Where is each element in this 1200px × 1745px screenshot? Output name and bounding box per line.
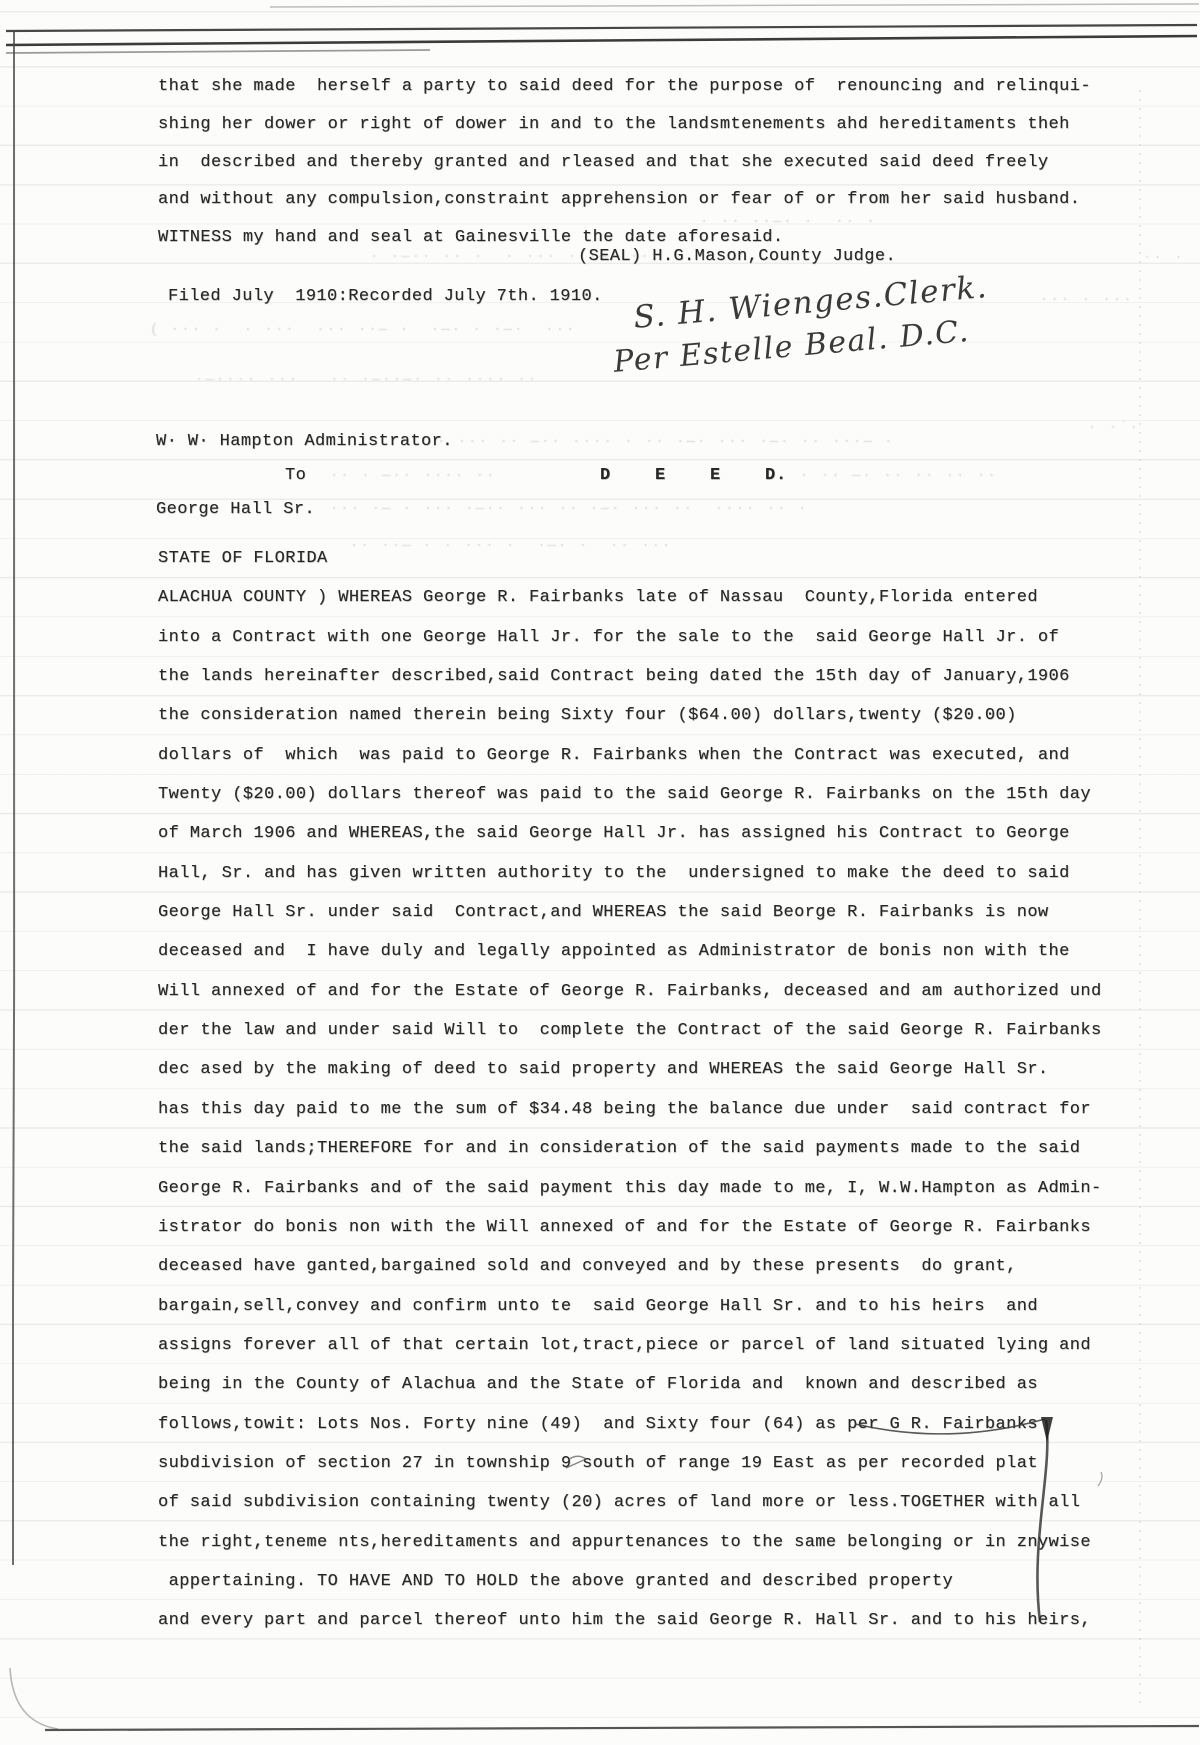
text-line: into a Contract with one George Hall Jr.… [158, 618, 1102, 657]
text-line: the said lands;THEREFORE for and in cons… [158, 1129, 1102, 1168]
text-line: and every part and parcel thereof unto h… [158, 1601, 1102, 1640]
text-line: George Hall Sr. under said Contract,and … [158, 893, 1102, 932]
bleedthrough-fragment: · ··· ·· —·· ···· · ·· ·—· ··· ·—· ·· ··… [437, 434, 895, 450]
bleedthrough-fragment: ·· · [1143, 250, 1185, 266]
bleedthrough-fragment: ·—···· ··· ·· ·—··—· ·· ···· ·· [195, 372, 538, 388]
text-line: the consideration named therein being Si… [158, 696, 1102, 735]
text-line: the lands hereinafter described,said Con… [158, 657, 1102, 696]
text-line: Hall, Sr. and has given written authorit… [158, 854, 1102, 893]
bleedthrough-fragment: ·· ··— · · ··· · ·—· · ·· ··· [350, 538, 672, 554]
grantor-line: W· W· Hampton Administrator. [156, 432, 453, 451]
text-line: ALACHUA COUNTY ) WHEREAS George R. Fairb… [158, 578, 1102, 617]
scanned-deed-page: that she made herself a party to said de… [0, 0, 1200, 1745]
grantee-line: George Hall Sr. [156, 500, 315, 519]
text-line: deceased have ganted,bargained sold and … [158, 1247, 1102, 1286]
text-line: assigns forever all of that certain lot,… [158, 1326, 1102, 1365]
text-line: Will annexed of and for the Estate of Ge… [158, 972, 1102, 1011]
text-line: istrator do bonis non with the Will anne… [158, 1208, 1102, 1247]
text-line: bargain,sell,convey and confirm unto te … [158, 1287, 1102, 1326]
text-line: Twenty ($20.00) dollars thereof was paid… [158, 775, 1102, 814]
page-bottom-scan-lines [10, 1668, 1199, 1730]
text-line: appertaining. TO HAVE AND TO HOLD the ab… [158, 1562, 1102, 1601]
bleedthrough-fragment: · ·· ··—· · ·· · [700, 214, 877, 230]
text-line: dec ased by the making of deed to said p… [158, 1050, 1102, 1089]
left-fold-line [13, 30, 14, 1565]
text-line: of March 1906 and WHEREAS,the said Georg… [158, 814, 1102, 853]
bleedthrough-fragment: · ·—·· ·· · · ··· · ·—· ··· [370, 249, 661, 265]
text-line: the right,teneme nts,hereditaments and a… [158, 1523, 1102, 1562]
instrument-title: D E E D. [600, 466, 787, 485]
text-line: that she made herself a party to said de… [158, 68, 1091, 106]
text-line: shing her dower or right of dower in and… [158, 106, 1091, 144]
text-line: follows,towit: Lots Nos. Forty nine (49)… [158, 1405, 1102, 1444]
bleedthrough-fragment: · ·· —· ·· ·· ·· ·· [800, 468, 998, 484]
bleedthrough-fragment: ··· · ··· [1040, 292, 1134, 308]
bleedthrough-fragment: ··· ·— · ··· ·—·· ··· ·· ·—· ··· ·· ····… [330, 501, 808, 517]
bleedthrough-fragment: ( ··· · · ··· ··· ··— · ·—· · ·—· ··· [150, 322, 576, 338]
text-line: and without any compulsion,constraint ap… [158, 181, 1091, 219]
to-label: To [285, 466, 306, 485]
opening-paragraph: that she made herself a party to said de… [158, 68, 1091, 257]
page-top-scan-lines [6, 4, 1199, 53]
text-line: der the law and under said Will to compl… [158, 1011, 1102, 1050]
deed-body: STATE OF FLORIDAALACHUA COUNTY ) WHEREAS… [158, 539, 1102, 1641]
text-line: dollars of which was paid to George R. F… [158, 736, 1102, 775]
filing-record-line: Filed July 1910:Recorded July 7th. 1910. [168, 287, 603, 306]
text-line: being in the County of Alachua and the S… [158, 1365, 1102, 1404]
bleedthrough-fragment: ·· · —·· ···· ·· [330, 468, 496, 484]
bleedthrough-fragment: · ·˙· [1088, 420, 1140, 436]
text-line: subdivision of section 27 in township 9 … [158, 1444, 1102, 1483]
text-line: of said subdivision containing twenty (2… [158, 1483, 1102, 1522]
text-line: deceased and I have duly and legally app… [158, 932, 1102, 971]
text-line: has this day paid to me the sum of $34.4… [158, 1090, 1102, 1129]
text-line: George R. Fairbanks and of the said paym… [158, 1169, 1102, 1208]
text-line: in described and thereby granted and rle… [158, 144, 1091, 182]
